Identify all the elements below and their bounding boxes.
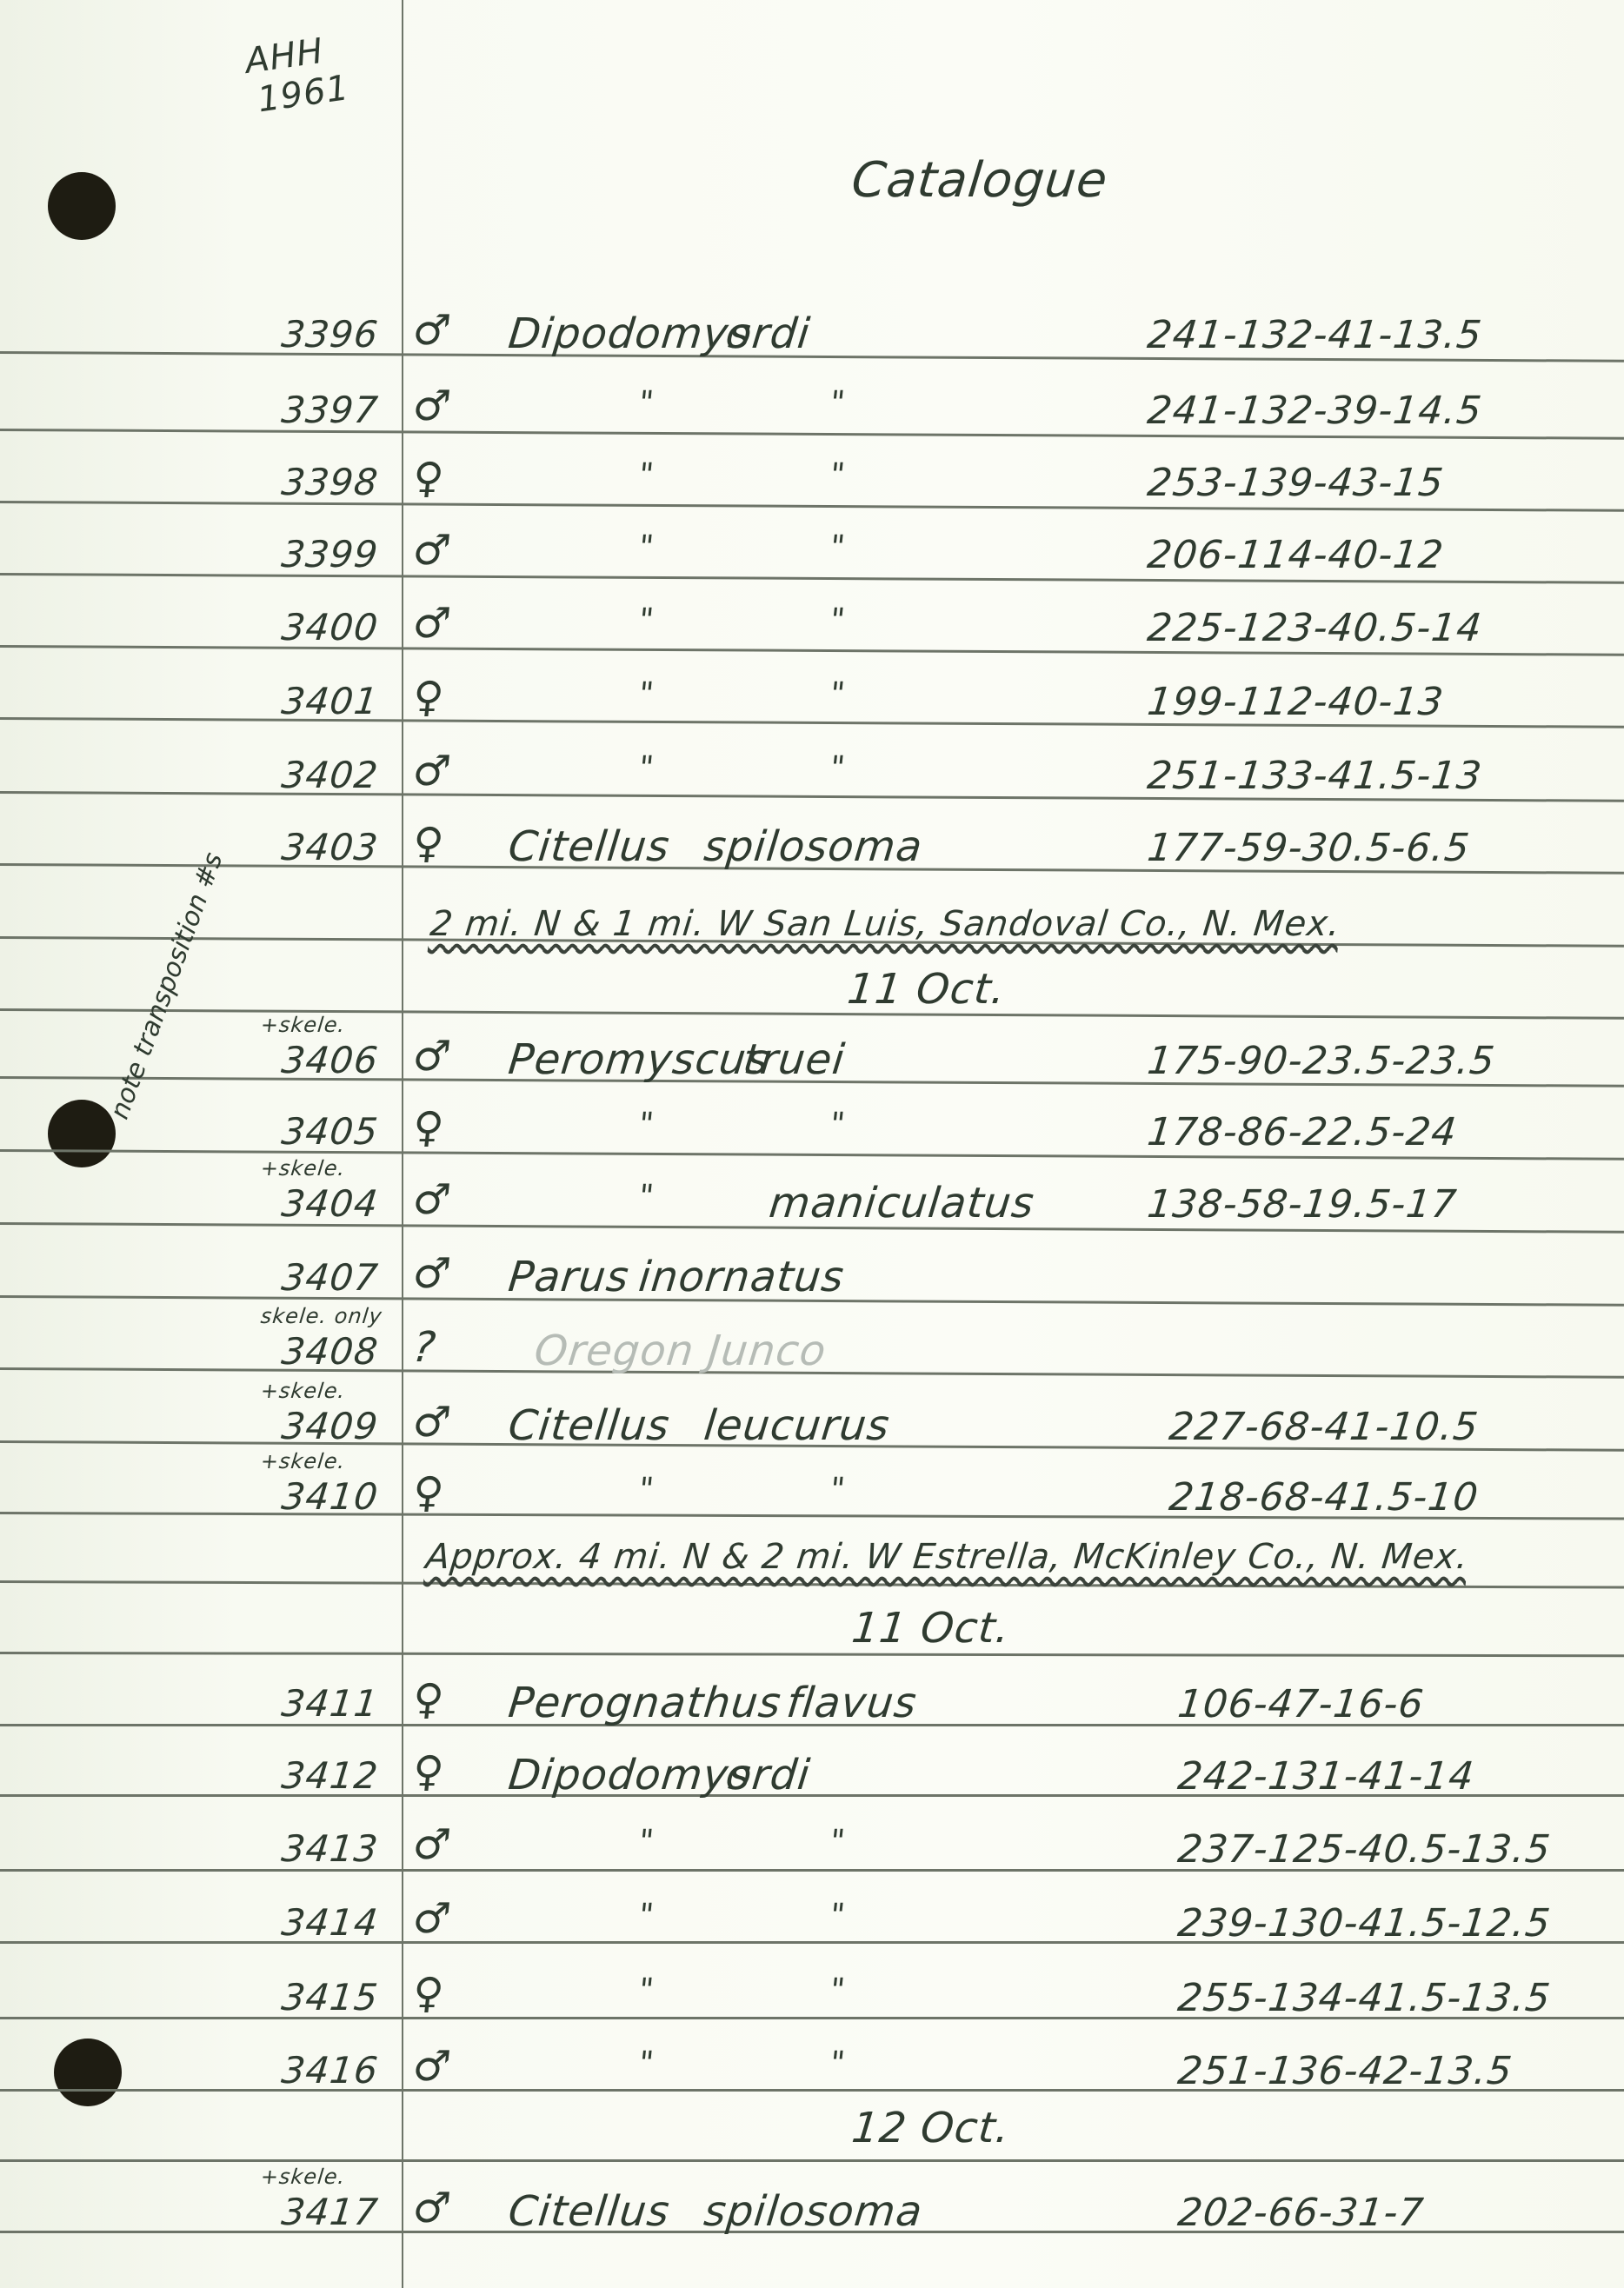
measurements: 241-132-39-14.5 (1145, 389, 1484, 433)
species-ditto-mark: " (829, 602, 848, 638)
genus-ditto-mark: " (637, 385, 656, 421)
genus-ditto-mark: " (637, 1472, 656, 1507)
male-symbol-icon: ♂ (410, 1249, 454, 1298)
species-name: truei (741, 1035, 848, 1084)
species-ditto-mark: " (829, 2045, 848, 2081)
measurements: 241-132-41-13.5 (1145, 313, 1484, 357)
page-title: Catalogue (849, 152, 1111, 209)
skeleton-note: +skele. (260, 1013, 347, 1037)
male-symbol-icon: ♂ (410, 526, 454, 575)
measurements: 237-125-40.5-13.5 (1175, 1827, 1553, 1872)
species-name: inornatus (636, 1253, 847, 1301)
catalogue-number: 3397 (210, 389, 380, 431)
measurements: 177-59-30.5-6.5 (1145, 826, 1472, 870)
ruled-line (0, 2159, 1624, 2162)
catalogue-number: 3396 (210, 313, 380, 356)
catalogue-page: AHH 1961 Catalogue note transposition #s… (0, 0, 1624, 2288)
measurements: 199-112-40-13 (1145, 680, 1446, 724)
genus-ditto-mark: " (637, 457, 656, 493)
male-symbol-icon: ♂ (410, 1175, 454, 1224)
male-symbol-icon: ♂ (410, 1398, 454, 1447)
genus-name: Citellus (506, 1401, 672, 1450)
catalogue-number: 3408 (210, 1330, 380, 1373)
genus-name: Dipodomys (506, 1751, 754, 1799)
female-symbol-icon: ♀ (410, 1468, 447, 1517)
date-2: 11 Oct. (849, 1604, 1012, 1653)
ruled-line (0, 1580, 1624, 1589)
measurements: 178-86-22.5-24 (1145, 1110, 1459, 1154)
species-ditto-mark: " (829, 457, 848, 493)
catalogue-number: 3413 (210, 1827, 380, 1870)
measurements: 251-133-41.5-13 (1145, 754, 1484, 798)
male-symbol-icon: ♂ (410, 1032, 454, 1081)
binder-hole-bottom (54, 2039, 122, 2106)
skeleton-note: +skele. (260, 1156, 347, 1181)
catalogue-number: 3407 (210, 1256, 380, 1299)
genus-name: Oregon Junco (532, 1327, 829, 1375)
catalogue-number: 3401 (210, 680, 380, 722)
skeleton-note: +skele. (260, 1449, 347, 1473)
measurements: 106-47-16-6 (1175, 1682, 1426, 1726)
species-name: spilosoma (702, 2187, 925, 2236)
skeleton-note: +skele. (260, 1379, 347, 1403)
measurements: 218-68-41.5-10 (1167, 1475, 1481, 1520)
measurements: 225-123-40.5-14 (1145, 606, 1484, 650)
male-symbol-icon: ♂ (410, 2184, 454, 2232)
skeleton-note: skele. only (260, 1304, 384, 1328)
species-ditto-mark: " (829, 1472, 848, 1507)
unknown-sex-mark: ? (410, 1323, 438, 1372)
measurements: 242-131-41-14 (1175, 1754, 1476, 1799)
catalogue-number: 3416 (210, 2049, 380, 2092)
genus-name: Citellus (506, 2187, 672, 2236)
locality-1: 2 mi. N & 1 mi. W San Luis, Sandoval Co.… (429, 904, 1343, 944)
owner-mark: AHH 1961 (243, 29, 351, 122)
genus-ditto-mark: " (637, 529, 656, 565)
species-ditto-mark: " (829, 1107, 848, 1142)
catalogue-number: 3402 (210, 754, 380, 796)
catalogue-number: 3415 (210, 1976, 380, 2019)
catalogue-number: 3411 (210, 1682, 380, 1725)
catalogue-number: 3400 (210, 606, 380, 648)
species-name: maniculatus (767, 1179, 1037, 1227)
species-name: ordi (723, 309, 813, 358)
male-symbol-icon: ♂ (410, 2042, 454, 2091)
genus-ditto-mark: " (637, 1179, 656, 1214)
catalogue-number: 3405 (210, 1110, 380, 1153)
female-symbol-icon: ♀ (410, 1747, 447, 1796)
species-ditto-mark: " (829, 1972, 848, 2008)
measurements: 227-68-41-10.5 (1167, 1405, 1481, 1449)
ruled-line (0, 1008, 1624, 1020)
genus-ditto-mark: " (637, 1824, 656, 1859)
binder-hole-top (48, 172, 116, 240)
species-ditto-mark: " (829, 750, 848, 786)
catalogue-number: 3398 (210, 461, 380, 503)
locality-2: Approx. 4 mi. N & 2 mi. W Estrella, McKi… (424, 1537, 1471, 1577)
catalogue-number: 3406 (210, 1039, 380, 1081)
date-1: 11 Oct. (845, 965, 1008, 1014)
genus-ditto-mark: " (637, 602, 656, 638)
female-symbol-icon: ♀ (410, 1103, 447, 1152)
male-symbol-icon: ♂ (410, 1894, 454, 1943)
genus-name: Peromyscus (506, 1035, 771, 1084)
catalogue-number: 3410 (210, 1475, 380, 1518)
measurements: 255-134-41.5-13.5 (1175, 1976, 1553, 2020)
margin-line (402, 0, 403, 2288)
catalogue-number: 3409 (210, 1405, 380, 1447)
male-symbol-icon: ♂ (410, 382, 454, 430)
male-symbol-icon: ♂ (410, 1820, 454, 1869)
male-symbol-icon: ♂ (410, 306, 454, 355)
genus-name: Dipodomys (506, 309, 754, 358)
species-name: leucurus (702, 1401, 892, 1450)
species-ditto-mark: " (829, 529, 848, 565)
male-symbol-icon: ♂ (410, 599, 454, 648)
genus-ditto-mark: " (637, 1107, 656, 1142)
catalogue-number: 3414 (210, 1901, 380, 1944)
female-symbol-icon: ♀ (410, 454, 447, 502)
genus-ditto-mark: " (637, 2045, 656, 2081)
catalogue-number: 3417 (210, 2191, 380, 2233)
female-symbol-icon: ♀ (410, 673, 447, 722)
catalogue-number: 3403 (210, 826, 380, 868)
species-ditto-mark: " (829, 676, 848, 712)
measurements: 251-136-42-13.5 (1175, 2049, 1514, 2093)
genus-ditto-mark: " (637, 1898, 656, 1933)
measurements: 239-130-41.5-12.5 (1175, 1901, 1553, 1945)
species-name: flavus (784, 1679, 919, 1727)
catalogue-number: 3399 (210, 533, 380, 575)
genus-ditto-mark: " (637, 1972, 656, 2008)
measurements: 175-90-23.5-23.5 (1145, 1039, 1497, 1083)
margin-note: note transposition #s (104, 848, 229, 1123)
measurements: 206-114-40-12 (1145, 533, 1446, 577)
species-name: spilosoma (702, 822, 925, 871)
species-ditto-mark: " (829, 1898, 848, 1933)
female-symbol-icon: ♀ (410, 819, 447, 868)
genus-name: Perognathus (506, 1679, 783, 1727)
measurements: 202-66-31-7 (1175, 2191, 1426, 2235)
male-symbol-icon: ♂ (410, 747, 454, 795)
genus-ditto-mark: " (637, 676, 656, 712)
catalogue-number: 3412 (210, 1754, 380, 1797)
species-name: ordi (723, 1751, 813, 1799)
female-symbol-icon: ♀ (410, 1675, 447, 1724)
genus-name: Parus (506, 1253, 631, 1301)
genus-name: Citellus (506, 822, 672, 871)
skeleton-note: +skele. (260, 2165, 347, 2189)
species-ditto-mark: " (829, 1824, 848, 1859)
measurements: 253-139-43-15 (1145, 461, 1446, 505)
catalogue-number: 3404 (210, 1182, 380, 1225)
measurements: 138-58-19.5-17 (1145, 1182, 1459, 1227)
date-3: 12 Oct. (849, 2104, 1012, 2152)
genus-ditto-mark: " (637, 750, 656, 786)
ruled-line (0, 1652, 1624, 1657)
female-symbol-icon: ♀ (410, 1969, 447, 2018)
species-ditto-mark: " (829, 385, 848, 421)
